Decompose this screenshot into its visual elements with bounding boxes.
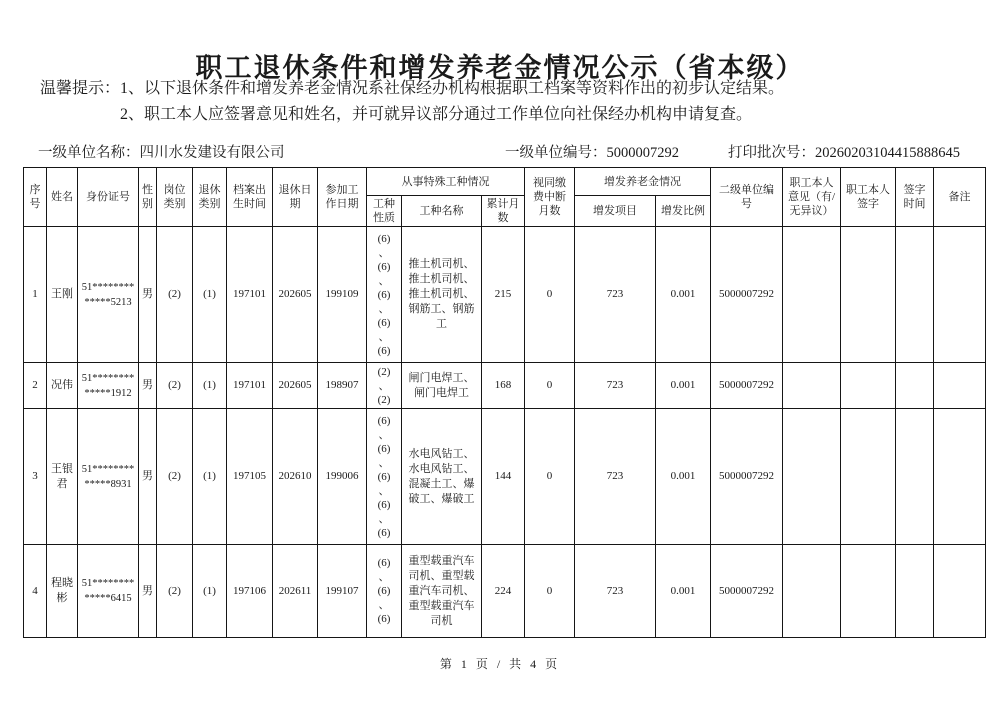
cell-work-date: 199109 [318,227,367,363]
cell-gender: 男 [139,545,157,638]
cell-sign-time [896,363,934,409]
cell-opinion [783,409,841,545]
table-header: 序号 姓名 身份证号 性别 岗位类别 退休类别 档案出生时间 退休日期 参加工作… [24,168,986,227]
cell-pension-item: 723 [575,545,656,638]
cell-signature [841,227,896,363]
col-header-work-name: 工种名称 [402,196,482,227]
col-group-pension: 增发养老金情况 [575,168,711,196]
notice-line-1: 1、以下退休条件和增发养老金情况系社保经办机构根据职工档案等资料作出的初步认定结… [120,76,784,102]
cell-work-date: 198907 [318,363,367,409]
col-header-birth: 档案出生时间 [227,168,273,227]
col-header-name: 姓名 [47,168,78,227]
cell-pension-ratio: 0.001 [656,227,711,363]
cell-sign-time [896,227,934,363]
cell-gender: 男 [139,409,157,545]
cell-pension-item: 723 [575,409,656,545]
cell-retire-type: (1) [193,409,227,545]
cell-post-type: (2) [157,363,193,409]
cell-work-nature: (6) 、 (6) 、 (6) [367,545,402,638]
col-header-deemed-break: 视同缴费中断月数 [525,168,575,227]
cell-deemed-break: 0 [525,363,575,409]
cell-birth: 197101 [227,363,273,409]
cell-pension-ratio: 0.001 [656,363,711,409]
col-header-sign-time: 签字时间 [896,168,934,227]
cell-remark [934,363,986,409]
col-header-work-date: 参加工作日期 [318,168,367,227]
cell-retire-date: 202605 [273,363,318,409]
cell-gender: 男 [139,363,157,409]
cell-id-no: 51******** *****1912 [78,363,139,409]
cell-pension-item: 723 [575,227,656,363]
col-header-retire-type: 退休类别 [193,168,227,227]
cell-sub-unit: 5000007292 [711,409,783,545]
cell-work-name: 推土机司机、推土机司机、推土机司机、钢筋工、钢筋工 [402,227,482,363]
cell-sign-time [896,545,934,638]
col-header-work-nature: 工种性质 [367,196,402,227]
notice-label: 温馨提示： [40,76,120,102]
unit-name-value: 四川水发建设有限公司 [140,145,285,161]
cell-name: 程晓彬 [47,545,78,638]
announcement-table: 序号 姓名 身份证号 性别 岗位类别 退休类别 档案出生时间 退休日期 参加工作… [23,167,986,638]
cell-sign-time [896,409,934,545]
unit-code: 一级单位编号：5000007292 [505,141,679,162]
col-header-signature: 职工本人签字 [841,168,896,227]
col-header-seq: 序号 [24,168,47,227]
cell-retire-type: (1) [193,363,227,409]
unit-code-value: 5000007292 [607,145,680,161]
cell-sub-unit: 5000007292 [711,545,783,638]
unit-code-label: 一级单位编号： [505,145,607,161]
cell-work-nature: (6) 、 (6) 、 (6) 、 (6) 、 (6) [367,227,402,363]
cell-post-type: (2) [157,545,193,638]
cell-remark [934,227,986,363]
col-header-months: 累计月数 [482,196,525,227]
cell-seq: 3 [24,409,47,545]
cell-work-date: 199006 [318,409,367,545]
announcement-table-wrap: 序号 姓名 身份证号 性别 岗位类别 退休类别 档案出生时间 退休日期 参加工作… [23,167,986,638]
cell-months: 168 [482,363,525,409]
cell-pension-item: 723 [575,363,656,409]
page-footer: 第 1 页 / 共 4 页 [0,655,1000,672]
cell-id-no: 51******** *****6415 [78,545,139,638]
col-header-opinion: 职工本人意见（有/无异议） [783,168,841,227]
cell-opinion [783,363,841,409]
table-row: 4程晓彬51******** *****6415男(2)(1)197106202… [24,545,986,638]
table-row: 2况伟51******** *****1912男(2)(1)1971012026… [24,363,986,409]
notice-lines: 1、以下退休条件和增发养老金情况系社保经办机构根据职工档案等资料作出的初步认定结… [120,76,784,128]
unit-name: 一级单位名称：四川水发建设有限公司 [38,141,285,162]
cell-months: 215 [482,227,525,363]
document-page: 职工退休条件和增发养老金情况公示（省本级） 温馨提示： 1、以下退休条件和增发养… [0,0,1000,707]
notice-line-2: 2、职工本人应签署意见和姓名，并可就异议部分通过工作单位向社保经办机构申请复查。 [120,102,784,128]
table-row: 3王银君51******** *****8931男(2)(1)197105202… [24,409,986,545]
cell-work-nature: (6) 、 (6) 、 (6) 、 (6) 、 (6) [367,409,402,545]
col-header-retire-date: 退休日期 [273,168,318,227]
unit-name-label: 一级单位名称： [38,145,140,161]
cell-id-no: 51******** *****8931 [78,409,139,545]
cell-work-nature: (2) 、 (2) [367,363,402,409]
cell-retire-type: (1) [193,227,227,363]
print-batch: 打印批次号：20260203104415888645 [728,141,960,162]
col-header-pension-item: 增发项目 [575,196,656,227]
cell-post-type: (2) [157,409,193,545]
cell-work-date: 199107 [318,545,367,638]
cell-name: 王银君 [47,409,78,545]
col-header-remark: 备注 [934,168,986,227]
cell-retire-type: (1) [193,545,227,638]
cell-post-type: (2) [157,227,193,363]
cell-remark [934,545,986,638]
cell-work-name: 闸门电焊工、闸门电焊工 [402,363,482,409]
col-group-special-work: 从事特殊工种情况 [367,168,525,196]
cell-retire-date: 202610 [273,409,318,545]
cell-months: 144 [482,409,525,545]
cell-gender: 男 [139,227,157,363]
cell-signature [841,363,896,409]
cell-sub-unit: 5000007292 [711,363,783,409]
col-header-pension-ratio: 增发比例 [656,196,711,227]
col-header-id-no: 身份证号 [78,168,139,227]
cell-seq: 4 [24,545,47,638]
col-header-gender: 性别 [139,168,157,227]
cell-deemed-break: 0 [525,409,575,545]
col-header-post-type: 岗位类别 [157,168,193,227]
print-batch-value: 20260203104415888645 [815,145,960,161]
cell-remark [934,409,986,545]
cell-deemed-break: 0 [525,545,575,638]
notice-block: 温馨提示： 1、以下退休条件和增发养老金情况系社保经办机构根据职工档案等资料作出… [40,76,784,128]
cell-retire-date: 202611 [273,545,318,638]
cell-signature [841,409,896,545]
print-batch-label: 打印批次号： [728,145,815,161]
meta-row: 一级单位名称：四川水发建设有限公司 一级单位编号：5000007292 打印批次… [0,141,1000,161]
table-row: 1王刚51******** *****5213男(2)(1)1971012026… [24,227,986,363]
cell-name: 况伟 [47,363,78,409]
cell-birth: 197101 [227,227,273,363]
cell-name: 王刚 [47,227,78,363]
cell-work-name: 重型载重汽车司机、重型载重汽车司机、重型载重汽车司机 [402,545,482,638]
cell-birth: 197105 [227,409,273,545]
table-body: 1王刚51******** *****5213男(2)(1)1971012026… [24,227,986,638]
cell-months: 224 [482,545,525,638]
cell-work-name: 水电风钻工、水电风钻工、混凝土工、爆破工、爆破工 [402,409,482,545]
cell-pension-ratio: 0.001 [656,545,711,638]
cell-retire-date: 202605 [273,227,318,363]
cell-birth: 197106 [227,545,273,638]
cell-seq: 1 [24,227,47,363]
cell-signature [841,545,896,638]
col-header-sub-unit: 二级单位编号 [711,168,783,227]
cell-id-no: 51******** *****5213 [78,227,139,363]
cell-opinion [783,227,841,363]
cell-pension-ratio: 0.001 [656,409,711,545]
cell-deemed-break: 0 [525,227,575,363]
cell-opinion [783,545,841,638]
cell-seq: 2 [24,363,47,409]
cell-sub-unit: 5000007292 [711,227,783,363]
